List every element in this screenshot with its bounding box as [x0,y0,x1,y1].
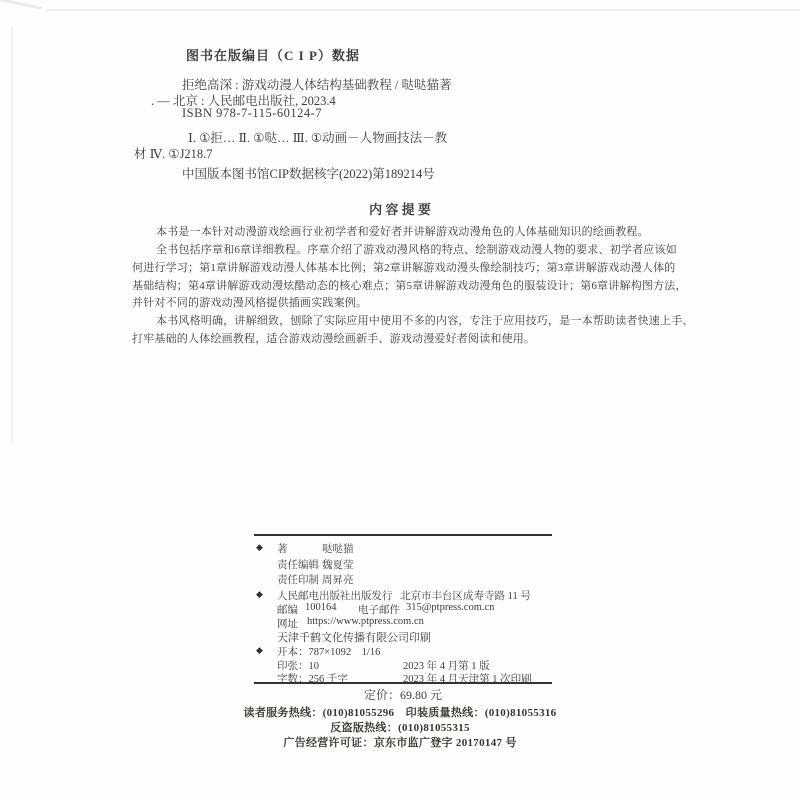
cip-classification-line2: 材 Ⅳ. ①J218.7 [134,144,213,162]
summary-line: 并针对不同的游戏动漫风格提供插画实践案例。 [132,294,367,310]
print-supervisor-value: 周昇亮 [322,572,354,587]
summary-line: 本书风格明确，讲解细致，刨除了实际应用中使用不多的内容，专注于应用技巧，是一本帮… [156,312,694,328]
editor-value: 魏夏莹 [322,557,354,572]
print-supervisor-label: 责任印制 [277,572,319,587]
publisher-name: 人民邮电出版社出版发行 [277,588,393,603]
postcode-label: 邮编 [277,602,298,617]
postcode-value: 100164 [305,602,337,613]
cip-isbn: ISBN 978-7-115-60124-7 [182,106,322,121]
diamond-bullet-icon: ◆ [256,645,263,656]
email-value: 315@ptpress.com.cn [406,602,494,613]
print-company: 天津千鹤文化传播有限公司印刷 [277,629,431,645]
summary-line: 本书是一本针对动漫游戏绘画行业初学者和爱好者并讲解游戏动漫角色的人体基础知识的绘… [156,223,649,239]
anti-piracy-hotline-line: 反盗版热线：(010)81055315 [0,719,800,735]
reader-service-hotline-line: 读者服务热线：(010)81055296 印装质量热线：(010)8105531… [0,704,800,720]
summary-line: 基础结构；第4章讲解游戏动漫炫酷动态的核心难点；第5章讲解游戏动漫角色的服装设计… [132,277,687,293]
editor-label: 责任编辑 [277,557,319,572]
author-label: 著 [277,541,288,556]
page-corner-shadow [0,0,42,10]
website-value: https://www.ptpress.com.cn [307,616,424,627]
diamond-bullet-icon: ◆ [256,542,263,553]
book-copyright-page: 图书在版编目（C I P）数据 拒绝高深 : 游戏动漫人体结构基础教程 / 哒哒… [0,0,800,800]
colophon-bottom-rule [254,682,552,684]
author-value: 哒哒猫 [322,541,354,556]
page-left-edge [11,26,13,444]
diamond-bullet-icon: ◆ [256,589,263,600]
page-top-edge [46,9,800,11]
cip-classification-line1: Ⅰ. ①拒… Ⅱ. ①哒… Ⅲ. ①动画－人物画技法－教 [188,128,447,146]
publisher-address: 北京市丰台区成寿寺路 11 号 [400,588,531,603]
summary-title: 内 容 提 要 [0,199,800,218]
cip-record-number: 中国版本图书馆CIP数据核字(2022)第189214号 [182,164,435,182]
price-line: 定价：69.80 元 [254,686,552,703]
ad-license-line: 广告经营许可证：京东市监广登字 20170147 号 [0,734,800,750]
cip-block-title: 图书在版编目（C I P）数据 [186,45,360,64]
format-line: 开本：787×1092 1/16 [277,644,380,659]
summary-line: 全书包括序章和6章详细教程。序章介绍了游戏动漫风格的特点、绘制游戏动漫人物的要求… [156,241,677,257]
email-label: 电子邮件 [358,602,400,617]
colophon-top-rule [254,534,552,536]
summary-line: 打牢基础的人体绘画教程，适合游戏动漫绘画新手、游戏动漫爱好者阅读和使用。 [132,330,535,346]
summary-line: 何进行学习；第1章讲解游戏动漫人体基本比例；第2章讲解游戏动漫头像绘制技巧；第3… [132,259,676,275]
